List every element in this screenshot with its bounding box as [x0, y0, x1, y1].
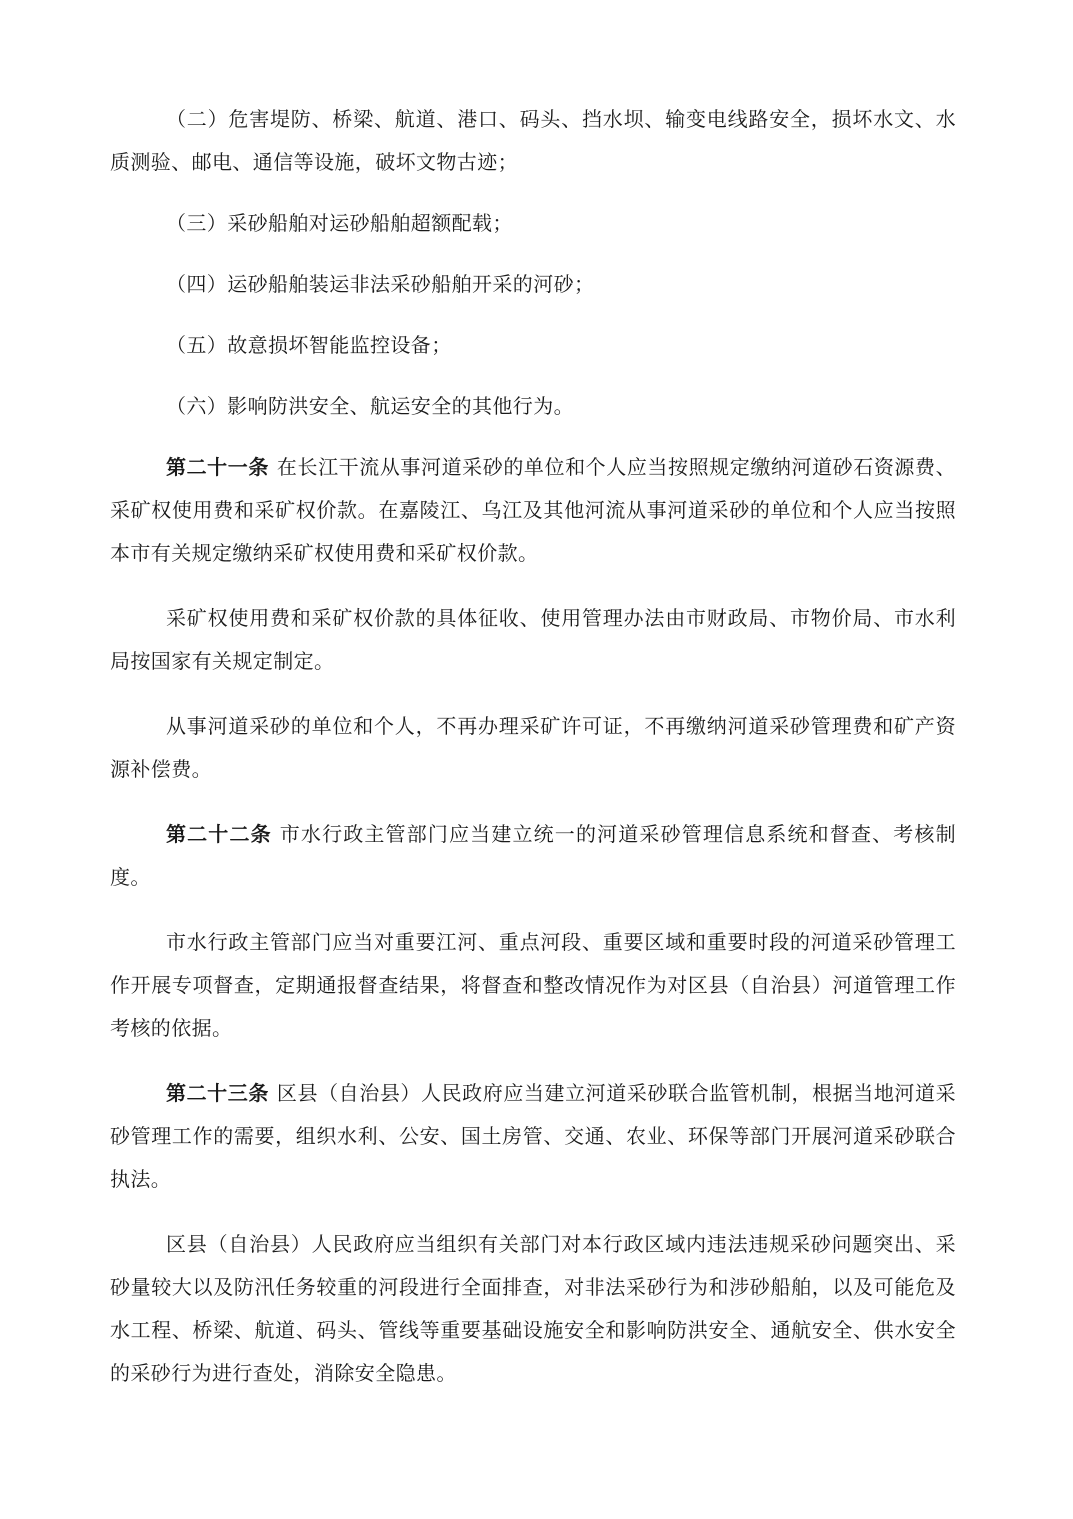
- list-item-3: （三）采砂船舶对运砂船舶超额配载；: [110, 202, 956, 245]
- paragraph-text: （二）危害堤防、桥梁、航道、港口、码头、挡水坝、输变电线路安全，损坏水文、水质测…: [110, 107, 956, 174]
- article-21-para-3: 从事河道采砂的单位和个人，不再办理采矿许可证，不再缴纳河道采砂管理费和矿产资源补…: [110, 705, 956, 791]
- article-22-para-2: 市水行政主管部门应当对重要江河、重点河段、重要区域和重要时段的河道采砂管理工作开…: [110, 921, 956, 1050]
- list-item-5: （五）故意损坏智能监控设备；: [110, 324, 956, 367]
- article-23-para-2: 区县（自治县）人民政府应当组织有关部门对本行政区域内违法违规采砂问题突出、采砂量…: [110, 1223, 956, 1395]
- article-22: 第二十二条市水行政主管部门应当建立统一的河道采砂管理信息系统和督查、考核制度。: [110, 813, 956, 899]
- article-21-para-2: 采矿权使用费和采矿权价款的具体征收、使用管理办法由市财政局、市物价局、市水利局按…: [110, 597, 956, 683]
- article-23: 第二十三条区县（自治县）人民政府应当建立河道采砂联合监管机制，根据当地河道采砂管…: [110, 1072, 956, 1201]
- article-number: 第二十三条: [166, 1081, 269, 1105]
- article-21: 第二十一条在长江干流从事河道采砂的单位和个人应当按照规定缴纳河道砂石资源费、采矿…: [110, 446, 956, 575]
- article-number: 第二十一条: [166, 455, 269, 479]
- list-item-6: （六）影响防洪安全、航运安全的其他行为。: [110, 385, 956, 428]
- list-item-4: （四）运砂船舶装运非法采砂船舶开采的河砂；: [110, 263, 956, 306]
- paragraph-text: 采矿权使用费和采矿权价款的具体征收、使用管理办法由市财政局、市物价局、市水利局按…: [110, 606, 956, 673]
- paragraph-text: 市水行政主管部门应当对重要江河、重点河段、重要区域和重要时段的河道采砂管理工作开…: [110, 930, 956, 1040]
- paragraph-text: （五）故意损坏智能监控设备；: [166, 333, 452, 357]
- paragraph-text: （四）运砂船舶装运非法采砂船舶开采的河砂；: [166, 272, 594, 296]
- list-item-2: （二）危害堤防、桥梁、航道、港口、码头、挡水坝、输变电线路安全，损坏水文、水质测…: [110, 98, 956, 184]
- paragraph-text: （六）影响防洪安全、航运安全的其他行为。: [166, 394, 574, 418]
- paragraph-text: 区县（自治县）人民政府应当组织有关部门对本行政区域内违法违规采砂问题突出、采砂量…: [110, 1232, 956, 1385]
- paragraph-text: （三）采砂船舶对运砂船舶超额配载；: [166, 211, 513, 235]
- document-page: （二）危害堤防、桥梁、航道、港口、码头、挡水坝、输变电线路安全，损坏水文、水质测…: [110, 98, 956, 1417]
- paragraph-text: 从事河道采砂的单位和个人，不再办理采矿许可证，不再缴纳河道采砂管理费和矿产资源补…: [110, 714, 956, 781]
- article-number: 第二十二条: [166, 822, 272, 846]
